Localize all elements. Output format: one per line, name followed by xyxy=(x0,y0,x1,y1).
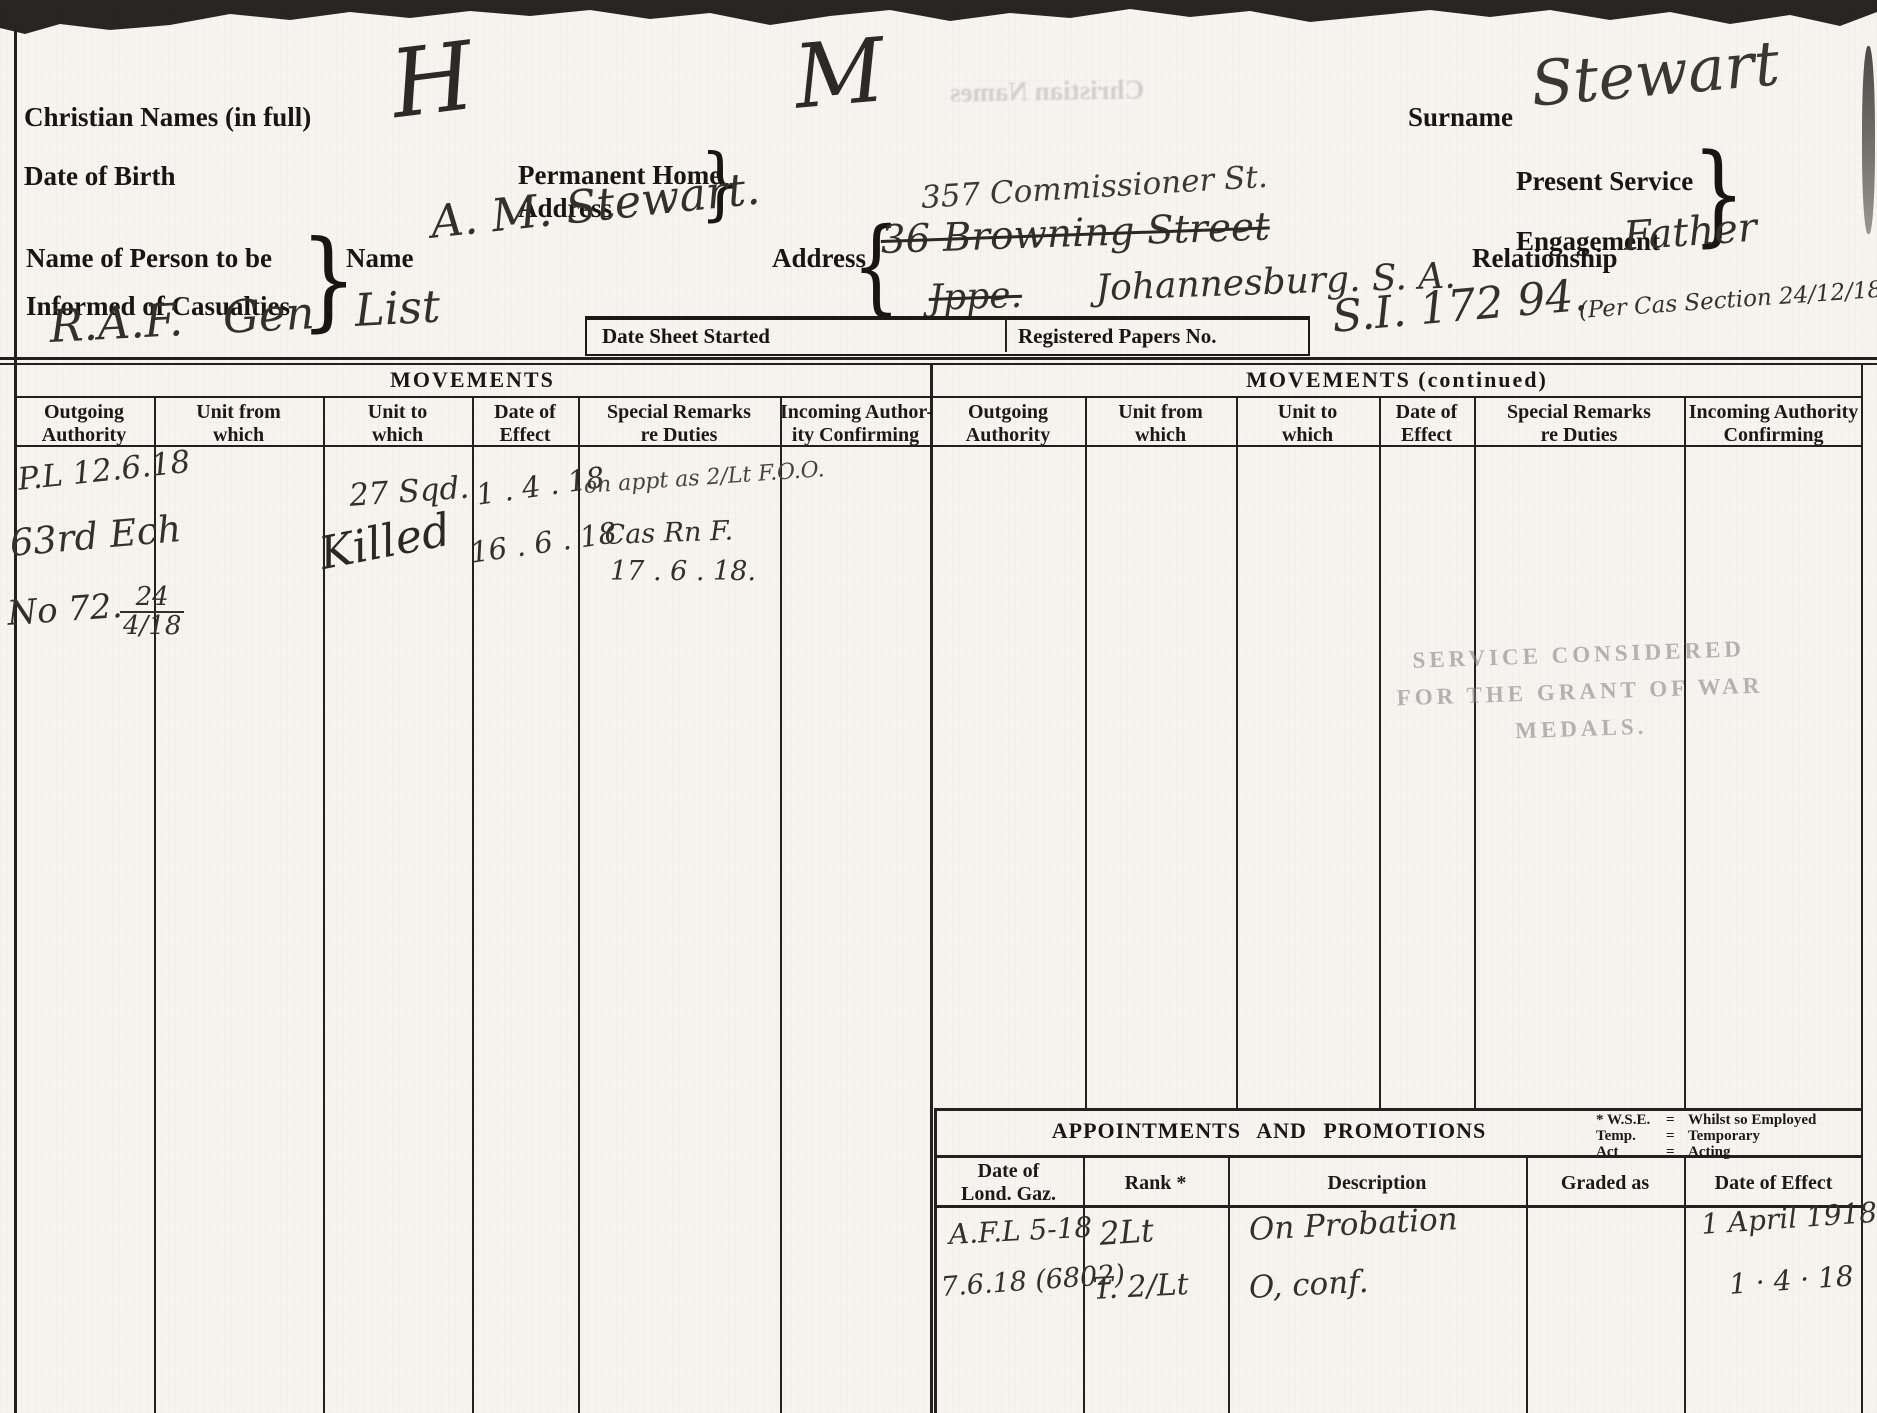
entry-outgoing-2: 63rd Ech xyxy=(8,507,183,565)
movements-left-col-date-of-effect: Date ofEffect xyxy=(472,401,578,447)
legend-eq: = xyxy=(1666,1128,1688,1144)
col-label-line: Special Remarks xyxy=(1474,401,1684,424)
entry-remark-appt: on appt as 2/Lt F.O.O. xyxy=(583,457,825,499)
appt-row2-rank: T. 2/Lt xyxy=(1092,1267,1190,1307)
entry-outgoing-3-date: 24 4/18 xyxy=(120,584,184,641)
col-label-line: ity Confirming xyxy=(780,424,931,447)
service-record-page: Christian Names (in full) Date of Birth … xyxy=(0,0,1877,1413)
legend-eq: = xyxy=(1666,1112,1688,1128)
entry-remark-cas: Cas Rn F. xyxy=(604,516,734,551)
col-label-line: which xyxy=(1236,424,1379,447)
per-cas-section-note: (Per Cas Section 24/12/18) xyxy=(1578,276,1877,324)
war-medals-stamp: SERVICE CONSIDERED FOR THE GRANT OF WAR … xyxy=(1368,629,1792,755)
col-label-line: re Duties xyxy=(578,424,780,447)
surname-label: Surname xyxy=(1408,102,1513,133)
legend-term: * W.S.E. xyxy=(1596,1112,1666,1128)
bleedthrough-text: Christian Names xyxy=(950,74,1145,108)
appointments-left-border xyxy=(934,1108,937,1413)
col-label-line: Date of xyxy=(934,1160,1083,1183)
movements-left-col-special-remarks: Special Remarksre Duties xyxy=(578,401,780,447)
col-label-line: Effect xyxy=(1379,424,1474,447)
christian-initial-h: H xyxy=(385,22,480,140)
col-label-line: which xyxy=(1085,424,1236,447)
christian-initial-m: M xyxy=(790,18,889,128)
present-service-label: Present Service xyxy=(1516,166,1693,197)
date-sheet-label: Date Sheet Started xyxy=(602,324,770,349)
left-border-line xyxy=(14,28,17,1413)
appointments-col-date-effect: Date of Effect xyxy=(1684,1172,1863,1195)
rule-double-2 xyxy=(0,363,1877,365)
appointments-col-graded: Graded as xyxy=(1526,1172,1684,1195)
next-of-kin-suburb-struck: Jppe. xyxy=(928,275,1023,319)
right-edge-line xyxy=(1861,363,1863,1413)
col-label-line: Authority xyxy=(14,424,154,447)
entry-unit-to-1: 27 Sqd. xyxy=(348,470,470,514)
appt-row2-description: O, conf. xyxy=(1248,1264,1369,1306)
col-label-line: re Duties xyxy=(1474,424,1684,447)
relationship-label: Relationship xyxy=(1472,243,1618,274)
col-label-line: Incoming Author- xyxy=(780,401,931,424)
col-label-line: Incoming Authority xyxy=(1684,401,1863,424)
entry-killed: Killed xyxy=(315,503,455,580)
informed-of-casualties-label-1: Name of Person to be xyxy=(26,243,272,274)
legend-term: Act xyxy=(1596,1144,1666,1160)
appointments-col-gazette: Date ofLond. Gaz. xyxy=(934,1160,1083,1206)
movements-right-col-unit-to: Unit towhich xyxy=(1236,401,1379,447)
col-label-line: Effect xyxy=(472,424,578,447)
col-label-line: Unit to xyxy=(323,401,472,424)
relationship-value: Father xyxy=(1622,205,1758,260)
appt-row1-rank: 2Lt xyxy=(1098,1211,1155,1253)
col-label-line: Outgoing xyxy=(14,401,154,424)
name-label: Name xyxy=(346,243,413,274)
legend-row-temp: Temp.=Temporary xyxy=(1596,1128,1816,1144)
appt-row1-date-effect: 1 April 1918 xyxy=(1700,1196,1877,1241)
stamp-line-2: FOR THE GRANT OF WAR MEDALS. xyxy=(1369,666,1791,755)
christian-names-label: Christian Names (in full) xyxy=(24,102,311,133)
legend-row-wse: * W.S.E.=Whilst so Employed xyxy=(1596,1112,1816,1128)
movements-title-right: MOVEMENTS (continued) xyxy=(931,367,1863,393)
legend-term: Temp. xyxy=(1596,1128,1666,1144)
movements-left-col-line-5 xyxy=(780,396,782,1413)
rule-double-1 xyxy=(0,357,1877,360)
movements-right-col-outgoing-authority: OutgoingAuthority xyxy=(931,401,1085,447)
movements-left-col-incoming-authority: Incoming Author-ity Confirming xyxy=(780,401,931,447)
col-label-line: Lond. Gaz. xyxy=(934,1183,1083,1206)
movements-right-col-special-remarks: Special Remarksre Duties xyxy=(1474,401,1684,447)
col-label-line: Unit to xyxy=(1236,401,1379,424)
entry-date-effect-2: 16 . 6 . 18 xyxy=(468,515,619,569)
appointments-title: APPOINTMENTS AND PROMOTIONS xyxy=(944,1118,1594,1144)
legend-meaning: Acting xyxy=(1688,1144,1731,1160)
movements-left-col-outgoing-authority: OutgoingAuthority xyxy=(14,401,154,447)
entry-remark-date: 17 . 6 . 18. xyxy=(610,556,756,587)
legend-eq: = xyxy=(1666,1144,1688,1160)
movements-right-col-unit-from: Unit fromwhich xyxy=(1085,401,1236,447)
legend-meaning: Whilst so Employed xyxy=(1688,1112,1816,1128)
page-divider-line xyxy=(930,363,933,1413)
movements-left-col-unit-from: Unit fromwhich xyxy=(154,401,323,447)
legend-meaning: Temporary xyxy=(1688,1128,1760,1144)
col-label-line: Date of xyxy=(1379,401,1474,424)
col-label-line: Unit from xyxy=(154,401,323,424)
col-label-line: Special Remarks xyxy=(578,401,780,424)
movements-left-col-unit-to: Unit towhich xyxy=(323,401,472,447)
col-label-line: Unit from xyxy=(1085,401,1236,424)
torn-edge xyxy=(0,0,1877,46)
appointments-top-rule xyxy=(934,1108,1863,1111)
appt-row1-description: On Probation xyxy=(1248,1201,1459,1248)
movements-title-left: MOVEMENTS xyxy=(14,367,931,393)
movements-header-top-rule xyxy=(14,396,1863,398)
entry-outgoing-1: P.L 12.6.18 xyxy=(16,444,192,498)
col-label-line: which xyxy=(323,424,472,447)
appointments-col-description: Description xyxy=(1228,1172,1526,1195)
movements-right-col-line-4 xyxy=(1474,396,1476,1108)
movements-right-col-line-5 xyxy=(1684,396,1686,1108)
fraction-numerator: 24 xyxy=(136,584,169,611)
registered-papers-label: Registered Papers No. xyxy=(1018,324,1217,349)
movements-right-col-line-1 xyxy=(1085,396,1087,1108)
col-label-line: Outgoing xyxy=(931,401,1085,424)
movements-right-col-incoming-authority: Incoming AuthorityConfirming xyxy=(1684,401,1863,447)
fraction-denominator: 4/18 xyxy=(120,611,184,640)
movements-right-col-line-2 xyxy=(1236,396,1238,1108)
col-label-line: Authority xyxy=(931,424,1085,447)
movements-right-col-date-of-effect: Date ofEffect xyxy=(1379,401,1474,447)
appt-row1-gazette: A.F.L 5-18 xyxy=(948,1210,1093,1250)
appointments-col-rank: Rank * xyxy=(1083,1172,1228,1195)
date-of-birth-label: Date of Birth xyxy=(24,161,175,192)
appointments-legend: * W.S.E.=Whilst so Employed Temp.=Tempor… xyxy=(1596,1112,1816,1160)
legend-row-act: Act=Acting xyxy=(1596,1144,1816,1160)
scan-streak-right xyxy=(1862,46,1875,234)
entry-outgoing-3: No 72. xyxy=(6,586,124,634)
appt-row2-date-effect: 1 · 4 · 18 xyxy=(1728,1259,1855,1301)
col-label-line: Confirming xyxy=(1684,424,1863,447)
col-label-line: which xyxy=(154,424,323,447)
col-label-line: Date of xyxy=(472,401,578,424)
date-sheet-divider xyxy=(1005,318,1007,352)
